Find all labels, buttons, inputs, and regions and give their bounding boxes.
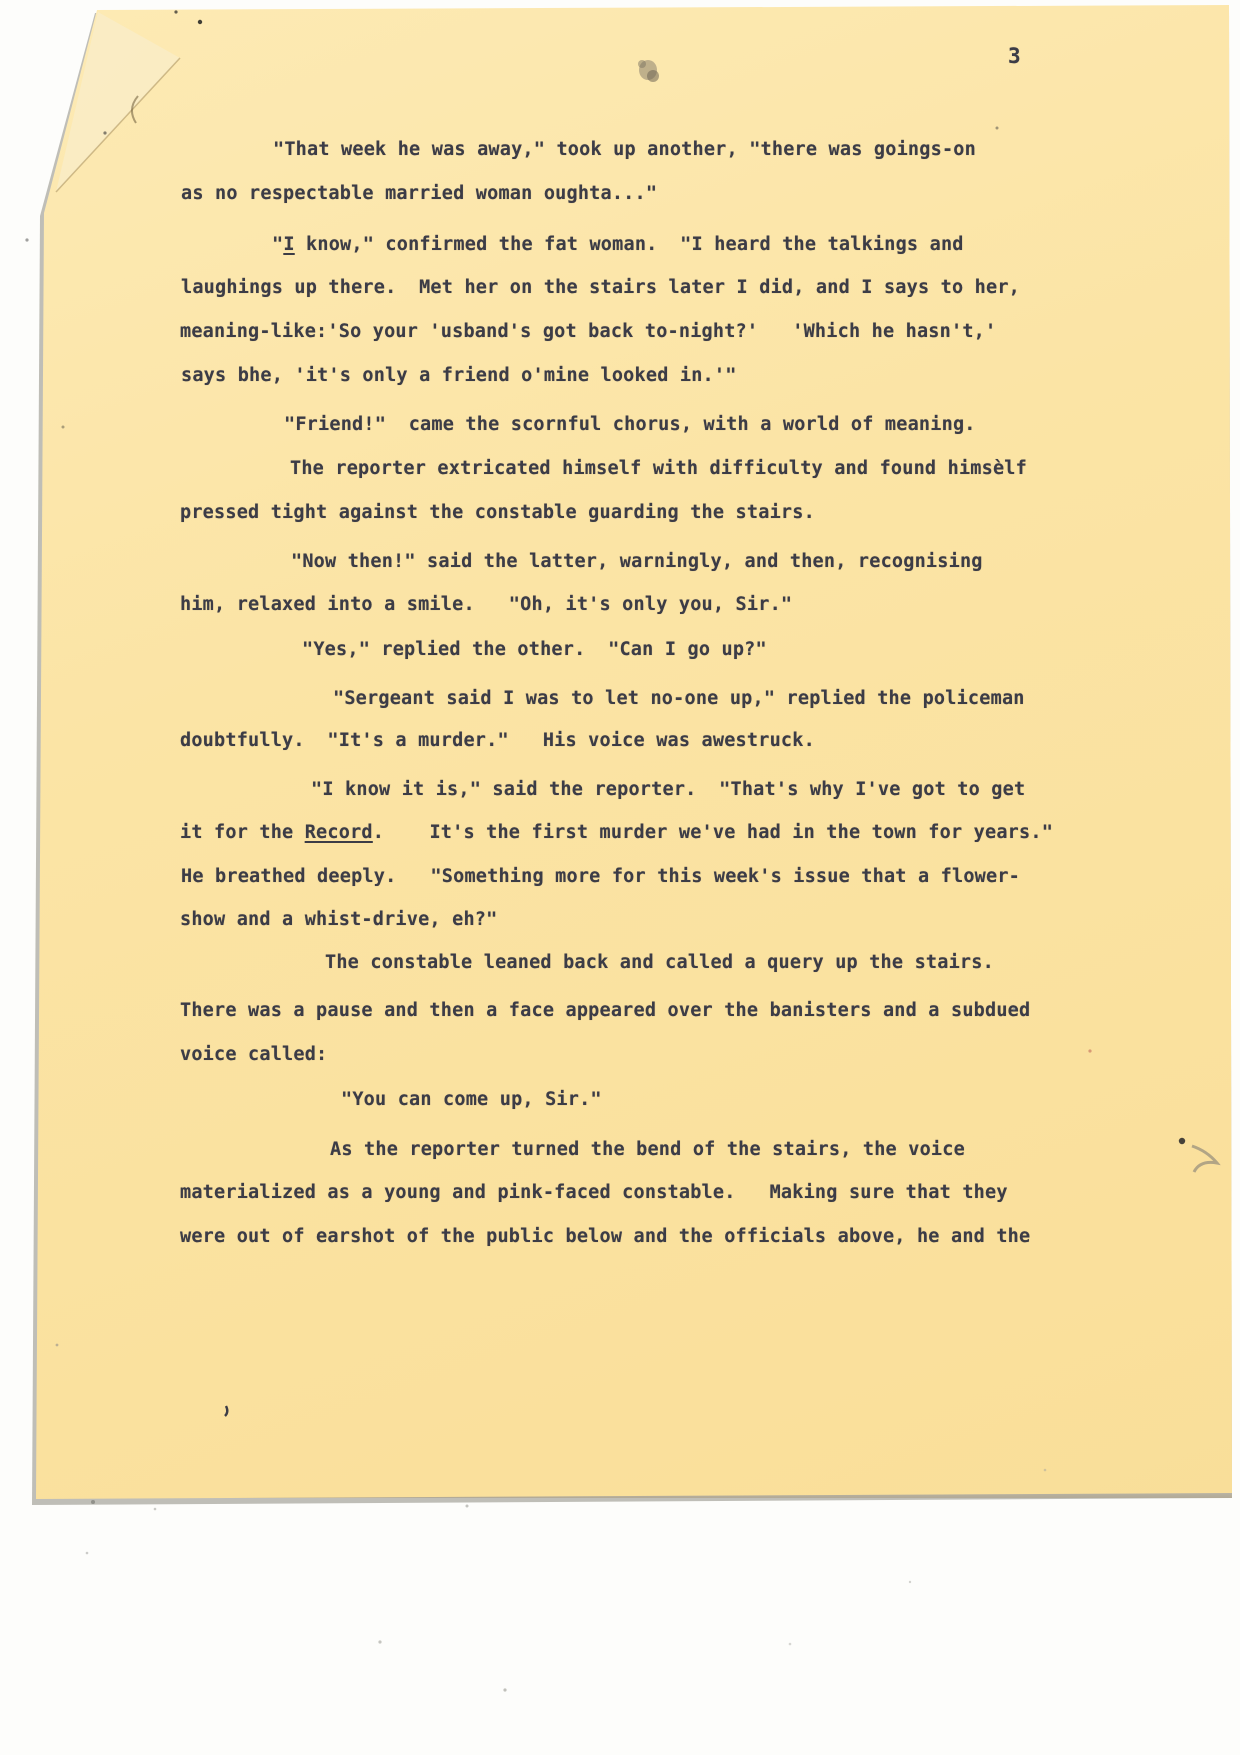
ink-smudge [638, 60, 659, 82]
paper-specks [62, 10, 1092, 1052]
background-specks [25, 238, 1046, 1691]
stray-ink-mark [225, 1406, 227, 1416]
fold-crease-curl [132, 96, 138, 123]
scan-artifacts [0, 0, 1240, 1755]
pencil-mark [1179, 1138, 1217, 1172]
scanned-manuscript-page: 3 "That week he was away," took up anoth… [0, 0, 1240, 1755]
fold-crease-line [56, 58, 180, 192]
